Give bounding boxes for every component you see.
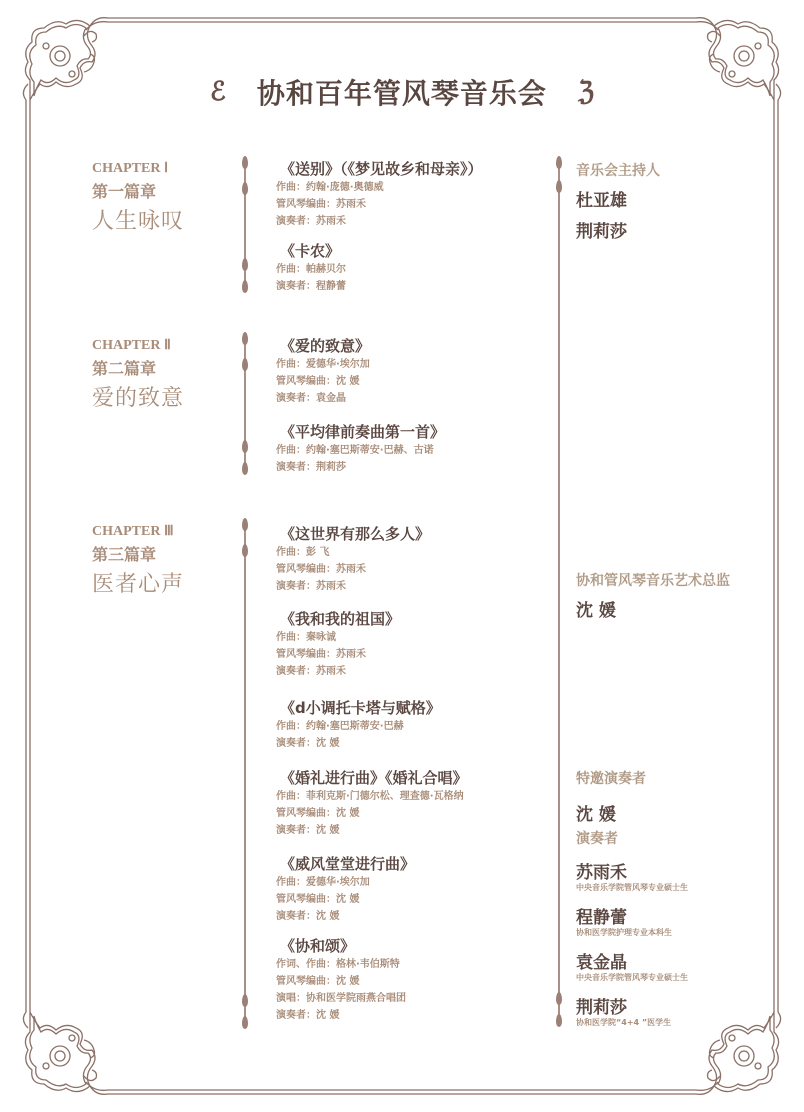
- flourish-left-icon: ℰ: [210, 77, 226, 107]
- chapter-3: CHAPTER Ⅲ 第三篇章 医者心声: [92, 523, 184, 598]
- piece-title: 《威风堂堂进行曲》: [280, 853, 415, 874]
- drop-ornament-icon: [242, 332, 248, 345]
- credit-line: 作曲：菲利克斯·门德尔松、理查德·瓦格纳: [276, 788, 468, 805]
- credit-line: 演唱：协和医学院雨燕合唱团: [276, 990, 406, 1007]
- host-section: 音乐会主持人 杜亚雄 荆莉莎: [576, 160, 660, 242]
- performer-desc: 中央音乐学院管风琴专业硕士生: [576, 882, 688, 893]
- chapter-name: 人生咏叹: [92, 204, 184, 235]
- program-item: 《平均律前奏曲第一首》 作曲：约翰·塞巴斯蒂安·巴赫、古诺 演奏者：荆莉莎: [276, 421, 445, 476]
- credit-line: 演奏者：袁金晶: [276, 390, 370, 407]
- performer-desc: 协和医学院护理专业本科生: [576, 927, 688, 938]
- piece-title: 《平均律前奏曲第一首》: [280, 421, 445, 442]
- credit-line: 作曲：约翰·塞巴斯蒂安·巴赫: [276, 718, 441, 735]
- piece-title: 《这世界有那么多人》: [280, 523, 430, 544]
- host-name: 杜亚雄: [576, 186, 660, 211]
- chapter-en-label: CHAPTER Ⅰ: [92, 160, 184, 177]
- performer-name: 袁金晶: [576, 948, 688, 973]
- piece-title: 《d小调托卡塔与赋格》: [280, 697, 441, 718]
- performers-label: 演奏者: [576, 828, 688, 848]
- drop-ornament-icon: [242, 258, 248, 271]
- drop-ornament-icon: [242, 358, 248, 371]
- drop-ornament-icon: [556, 1014, 562, 1027]
- program-item: 《协和颂》 作词、作曲：格林·韦伯斯特 管风琴编曲：沈 媛 演唱：协和医学院雨燕…: [276, 935, 406, 1024]
- performer: 苏雨禾 中央音乐学院管风琴专业硕士生: [576, 858, 688, 893]
- program-item: 《我和我的祖国》 作曲：秦咏诚 管风琴编曲：苏雨禾 演奏者：苏雨禾: [276, 608, 400, 680]
- credit-line: 演奏者：苏雨禾: [276, 578, 430, 595]
- piece-title: 《卡农》: [280, 240, 346, 261]
- credit-line: 作曲：约翰·庞德·奥德威: [276, 179, 483, 196]
- credit-line: 演奏者：沈 媛: [276, 735, 441, 752]
- drop-ornament-icon: [242, 182, 248, 195]
- chapter-cn-label: 第二篇章: [92, 356, 184, 379]
- director-label: 协和管风琴音乐艺术总监: [576, 570, 730, 590]
- credit-line: 作曲：约翰·塞巴斯蒂安·巴赫、古诺: [276, 442, 445, 459]
- credit-line: 作词、作曲：格林·韦伯斯特: [276, 956, 406, 973]
- chapter-cn-label: 第一篇章: [92, 179, 184, 202]
- performers-section: 演奏者 苏雨禾 中央音乐学院管风琴专业硕士生 程静蕾 协和医学院护理专业本科生 …: [576, 828, 688, 1028]
- chapter-cn-label: 第三篇章: [92, 542, 184, 565]
- chapter-1: CHAPTER Ⅰ 第一篇章 人生咏叹: [92, 160, 184, 235]
- program-item: 《威风堂堂进行曲》 作曲：爱德华·埃尔加 管风琴编曲：沈 媛 演奏者：沈 媛: [276, 853, 415, 925]
- chapter-name: 爱的致意: [92, 381, 184, 412]
- program-item: 《卡农》 作曲：帕赫贝尔 演奏者：程静蕾: [276, 240, 346, 295]
- guest-section: 特邀演奏者 沈 媛: [576, 768, 646, 825]
- host-name: 荆莉莎: [576, 217, 660, 242]
- director-name: 沈 媛: [576, 596, 730, 621]
- header: ℰ 协和百年管风琴音乐会 ℨ: [0, 72, 804, 112]
- chapter-en-label: CHAPTER Ⅲ: [92, 523, 184, 540]
- drop-ornament-icon: [242, 994, 248, 1007]
- chapter-name: 医者心声: [92, 567, 184, 598]
- drop-ornament-icon: [556, 180, 562, 193]
- drop-ornament-icon: [242, 280, 248, 293]
- program-item: 《送别》（《梦见故乡和母亲》） 作曲：约翰·庞德·奥德威 管风琴编曲：苏雨禾 演…: [276, 158, 483, 230]
- piece-title: 《协和颂》: [280, 935, 406, 956]
- credit-line: 作曲：帕赫贝尔: [276, 261, 346, 278]
- drop-ornament-icon: [556, 992, 562, 1005]
- program-item: 《婚礼进行曲》《婚礼合唱》 作曲：菲利克斯·门德尔松、理查德·瓦格纳 管风琴编曲…: [276, 767, 468, 839]
- credit-line: 演奏者：苏雨禾: [276, 213, 483, 230]
- piece-title: 《我和我的祖国》: [280, 608, 400, 629]
- performer: 荆莉莎 协和医学院“4+4 ”医学生: [576, 993, 688, 1028]
- credit-line: 作曲：秦咏诚: [276, 629, 400, 646]
- piece-title: 《送别》（《梦见故乡和母亲》）: [280, 158, 483, 179]
- flourish-right-icon: ℨ: [578, 77, 594, 107]
- credit-line: 演奏者：沈 媛: [276, 908, 415, 925]
- credit-line: 演奏者：沈 媛: [276, 822, 468, 839]
- drop-ornament-icon: [242, 156, 248, 169]
- drop-ornament-icon: [242, 1016, 248, 1029]
- credit-line: 管风琴编曲：苏雨禾: [276, 646, 400, 663]
- credit-line: 管风琴编曲：沈 媛: [276, 973, 406, 990]
- credit-line: 作曲：爱德华·埃尔加: [276, 356, 370, 373]
- piece-title: 《爱的致意》: [280, 335, 370, 356]
- host-label: 音乐会主持人: [576, 160, 660, 180]
- credit-line: 演奏者：沈 媛: [276, 1007, 406, 1024]
- guest-label: 特邀演奏者: [576, 768, 646, 788]
- performer: 程静蕾 协和医学院护理专业本科生: [576, 903, 688, 938]
- program-item: 《这世界有那么多人》 作曲：彭 飞 管风琴编曲：苏雨禾 演奏者：苏雨禾: [276, 523, 430, 595]
- credit-line: 作曲：彭 飞: [276, 544, 430, 561]
- drop-ornament-icon: [242, 462, 248, 475]
- page-title: 协和百年管风琴音乐会: [257, 72, 547, 112]
- guest-name: 沈 媛: [576, 800, 646, 825]
- credit-line: 管风琴编曲：沈 媛: [276, 891, 415, 908]
- drop-ornament-icon: [242, 440, 248, 453]
- credit-line: 演奏者：苏雨禾: [276, 663, 400, 680]
- credit-line: 管风琴编曲：苏雨禾: [276, 196, 483, 213]
- drop-ornament-icon: [242, 544, 248, 557]
- chapter-2: CHAPTER Ⅱ 第二篇章 爱的致意: [92, 337, 184, 412]
- performer-desc: 中央音乐学院管风琴专业硕士生: [576, 972, 688, 983]
- performer-desc: 协和医学院“4+4 ”医学生: [576, 1017, 688, 1028]
- director-section: 协和管风琴音乐艺术总监 沈 媛: [576, 570, 730, 621]
- performer: 袁金晶 中央音乐学院管风琴专业硕士生: [576, 948, 688, 983]
- credit-line: 管风琴编曲：沈 媛: [276, 805, 468, 822]
- credit-line: 作曲：爱德华·埃尔加: [276, 874, 415, 891]
- drop-ornament-icon: [556, 156, 562, 169]
- chapter-en-label: CHAPTER Ⅱ: [92, 337, 184, 354]
- performer-name: 程静蕾: [576, 903, 688, 928]
- drop-ornament-icon: [242, 518, 248, 531]
- performer-name: 荆莉莎: [576, 993, 688, 1018]
- credit-line: 管风琴编曲：苏雨禾: [276, 561, 430, 578]
- credit-line: 演奏者：程静蕾: [276, 278, 346, 295]
- program-item: 《爱的致意》 作曲：爱德华·埃尔加 管风琴编曲：沈 媛 演奏者：袁金晶: [276, 335, 370, 407]
- credit-line: 演奏者：荆莉莎: [276, 459, 445, 476]
- piece-title: 《婚礼进行曲》《婚礼合唱》: [280, 767, 468, 788]
- performer-name: 苏雨禾: [576, 858, 688, 883]
- program-item: 《d小调托卡塔与赋格》 作曲：约翰·塞巴斯蒂安·巴赫 演奏者：沈 媛: [276, 697, 441, 752]
- credit-line: 管风琴编曲：沈 媛: [276, 373, 370, 390]
